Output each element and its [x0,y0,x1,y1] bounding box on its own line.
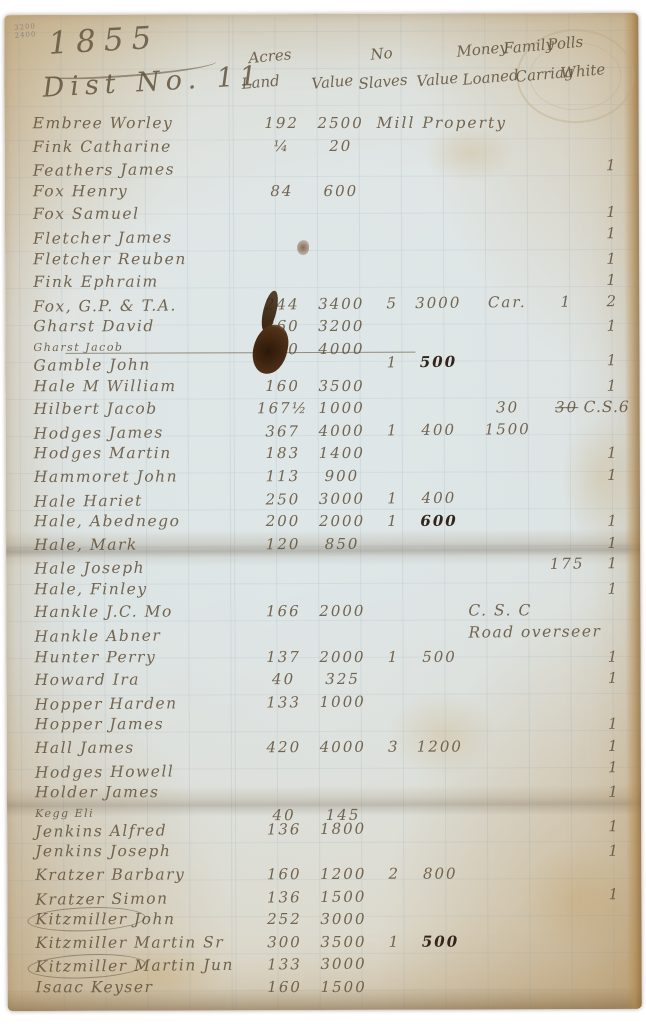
header-acres: Acres [248,45,292,67]
acres-land-value: 137 [253,648,315,666]
acres-land-value: 160 [252,377,314,395]
taxpayer-name: Hale Joseph [34,559,145,578]
taxpayer-name: Kitzmiller John [35,910,175,928]
polls-mark: 1 [595,224,629,242]
pencil-figure: 2400 [14,30,36,40]
land-value: 850 [310,535,374,553]
taxpayer-name: Kitzmiller Martin Jun [35,956,233,976]
taxpayer-name: Gharst David [33,317,154,335]
taxpayer-name: Hale M William [34,377,177,395]
header-slaves: Slaves [358,71,409,93]
slave-count: 1 [381,648,407,666]
polls-mark: 1 [597,715,631,733]
taxpayer-name: Fink Catharine [33,137,172,155]
polls-mark: 1 [597,885,631,903]
table-row: Hale, Abednego 200 2000 1 600 1 [6,512,640,535]
table-row: Hodges Martin 183 1400 1 [6,444,640,467]
taxpayer-name: Hale, Mark [34,535,138,553]
taxpayer-name: Jenkins Alfred [35,821,167,840]
land-value: 4000 [311,738,375,756]
land-value: 4000 [310,421,374,440]
table-row: Hale, Finley 1 [6,580,640,603]
acres-land-value: 160 [254,978,316,996]
header-polls: Polls [547,33,584,54]
slave-count: 1 [381,932,407,950]
polls-mark: 1 [597,737,631,755]
land-value: 3500 [311,933,375,951]
corner-pencil-marks: 3200 2400 [14,22,37,40]
acres-land-value: 166 [252,602,314,620]
taxpayer-name: Kegg Eli [35,807,94,820]
taxpayer-name: Hankle Abner [34,627,161,646]
table-row: Gamble John 1 500 1 [5,351,639,380]
taxpayer-name: Embree Worley [33,114,174,132]
polls-mark: 1 [596,444,630,462]
taxpayer-name: Hopper Harden [35,694,178,713]
taxpayer-name: Isaac Keyser [36,978,154,996]
polls-mark: 1 [596,580,630,598]
taxpayer-name: Howard Ira [35,671,140,689]
slave-value: 400 [408,488,470,507]
table-row: Fox Henry 84 600 [5,182,639,205]
taxpayer-name: Hale, Abednego [34,512,180,530]
header-value-2: Value [416,69,459,91]
land-value: 3200 [309,317,373,335]
polls-mark: 1 [597,783,631,801]
acres-land-value: 113 [252,467,314,485]
acres-land-value: 252 [253,910,315,928]
acres-land-value: 120 [252,535,314,553]
taxpayer-name: Fletcher James [33,228,173,247]
slave-count: 1 [380,421,406,439]
taxpayer-name: Hodges Martin [34,444,172,462]
taxpayer-name: Kratzer Simon [35,889,168,908]
acres-land-value: 183 [252,444,314,462]
table-row: Fletcher James 1 [5,224,639,253]
acres-land-value: 84 [251,182,313,200]
row-money-note: Road overseer [468,622,601,641]
table-row: Hale Joseph 175 1 [6,554,640,583]
slave-value: 500 [409,648,471,666]
year-heading: 1855 [47,20,160,62]
acres-land-value: 133 [253,693,315,712]
taxpayer-name: Fox, G.P. & T.A. [33,296,177,315]
table-row: Kitzmiller Martin Jun 133 3000 [7,952,641,981]
acres-land-value: 300 [253,933,315,951]
taxpayer-name: Kitzmiller Martin Sr [35,933,224,952]
table-row: Hankle Abner Road overseer [6,622,640,651]
header-land: Land [241,72,281,93]
land-value: 2000 [310,602,374,620]
table-row: Kitzmiller John 252 3000 [7,910,641,933]
scanned-tax-ledger-page: { "document": { "year": "1855", "distric… [0,0,646,1024]
taxpayer-name: Fox Samuel [33,205,140,223]
land-value: 1000 [311,692,375,711]
polls-mark: 1 [595,351,629,369]
taxpayer-name: Hale, Finley [34,580,147,598]
acres-land-value: 167½ [252,399,314,417]
land-value: 1500 [311,887,375,906]
slave-value: 800 [409,864,471,882]
slave-count: 2 [381,865,407,883]
taxpayer-name: Hilbert Jacob [34,400,158,418]
ledger-rows: Embree Worley 192 2500 Mill Property Fin… [5,113,642,1002]
land-value: 3500 [310,376,374,394]
polls-mark: 1 [595,317,629,335]
polls-mark: 1 [597,647,631,665]
carriage-value: 1 [545,292,587,310]
taxpayer-name: Feathers James [33,161,175,180]
carriage-value: 30 [546,398,588,416]
taxpayer-name: Hodges Howell [35,762,175,781]
polls-mark: 1 [596,512,630,530]
polls-mark: 2 [595,292,629,310]
taxpayer-name: Hammoret John [34,467,178,486]
taxpayer-name: Hale Hariet [34,491,143,510]
land-value: 1200 [311,865,375,883]
slave-count: 3 [381,738,407,756]
land-value: 2000 [310,512,374,530]
taxpayer-name: Hodges James [34,423,164,442]
polls-mark: 1 [595,203,629,221]
taxpayer-name: Fox Henry [33,182,128,200]
table-row: Feathers James 1 [5,156,639,185]
taxpayer-name: Hopper James [35,716,165,734]
taxpayer-name: Hankle J.C. Mo [34,603,173,621]
polls-mark: 1 [596,376,630,394]
taxpayer-name: Gharst Jacob [33,341,123,354]
ledger-paper-sheet: 3200 2400 1855 Dist No. 11 Acres Land Va… [4,13,641,1011]
slave-count: 1 [380,512,406,530]
slave-count: 1 [380,489,406,507]
polls-mark: 1 [597,669,631,687]
polls-mark: 1 [597,758,631,776]
polls-mark: 1 [597,817,631,835]
taxpayer-name: Hunter Perry [35,648,157,666]
money-loaned-value: 30 [470,398,546,416]
acres-land-value: 136 [253,888,315,907]
slave-value: 500 [407,353,469,372]
land-value: 2000 [311,648,375,666]
land-value: 900 [310,467,374,485]
slave-count: 1 [379,353,405,371]
slave-value: 600 [408,512,470,530]
slave-count: 5 [379,294,405,312]
slave-value: 500 [409,932,471,950]
row-end-note: C.S.6 [584,398,630,416]
polls-mark: 1 [596,534,630,552]
table-row: Holder James 1 [7,783,641,806]
acres-land-value: 133 [253,955,315,974]
land-value: 1500 [312,978,376,996]
small-ink-spot [297,240,309,255]
land-value: 1800 [311,819,375,838]
polls-mark: 1 [595,156,629,174]
land-value: 600 [309,182,373,200]
table-row: Hunter Perry 137 2000 1 500 1 [7,647,641,670]
table-row: Hale M William 160 3500 1 [6,376,640,399]
header-loaned: Loaned [462,66,519,89]
row-note: Mill Property [377,114,507,132]
header-value-1: Value [311,71,354,93]
header-money: Money [456,38,509,61]
polls-mark: 1 [597,842,631,860]
table-row: Gharst David 260 3200 1 [5,317,639,340]
land-value: 3000 [310,489,374,508]
acres-land-value: 367 [252,422,314,441]
slave-value: 1200 [409,738,471,756]
land-value: 20 [309,136,373,154]
slave-value: 400 [408,420,470,439]
taxpayer-name: Holder James [35,783,160,801]
table-row: Isaac Keyser 160 1500 [8,978,642,1001]
taxpayer-name: Kratzer Barbary [35,865,185,884]
taxpayer-name: Fink Ephraim [33,273,159,291]
land-value: 3400 [309,294,373,313]
table-row: Embree Worley 192 2500 Mill Property [5,114,639,137]
taxpayer-name: Fletcher Reuben [33,250,187,268]
land-value: 3000 [311,955,375,974]
taxpayer-name: Hall James [35,739,135,757]
table-row: Jenkins Joseph 1 [7,842,641,865]
polls-mark: 1 [595,249,629,267]
acres-land-value: 244 [251,295,313,314]
acres-land-value: 40 [253,670,315,688]
land-value: 325 [311,670,375,688]
row-money-note: C. S. C [468,602,532,620]
acres-land-value: 260 [251,317,313,335]
acres-land-value: 420 [253,738,315,756]
taxpayer-name: Jenkins Joseph [35,843,171,861]
acres-land-value: 136 [253,820,315,839]
polls-mark: 1 [596,554,630,572]
taxpayer-name: Gamble John [33,356,150,375]
acres-land-value: 192 [251,114,313,132]
polls-mark: 1 [596,466,630,484]
table-row: Fletcher Reuben 1 [5,249,639,272]
land-value: 1400 [310,444,374,462]
acres-land-value: ¼ [251,137,313,155]
land-value: 3000 [311,910,375,928]
acres-land-value: 200 [252,512,314,530]
slave-value: 3000 [407,293,469,312]
polls-mark: 1 [595,271,629,289]
header-no: No [370,44,394,64]
land-value: 1000 [310,399,374,417]
acres-land-value: 250 [252,490,314,509]
money-loaned-value: Car. [469,293,545,312]
carriage-value: 175 [546,555,588,573]
money-loaned-value: 1500 [470,420,546,439]
table-row: Hopper James 1 [7,715,641,738]
land-value: 2500 [309,114,373,132]
acres-land-value: 160 [253,865,315,883]
